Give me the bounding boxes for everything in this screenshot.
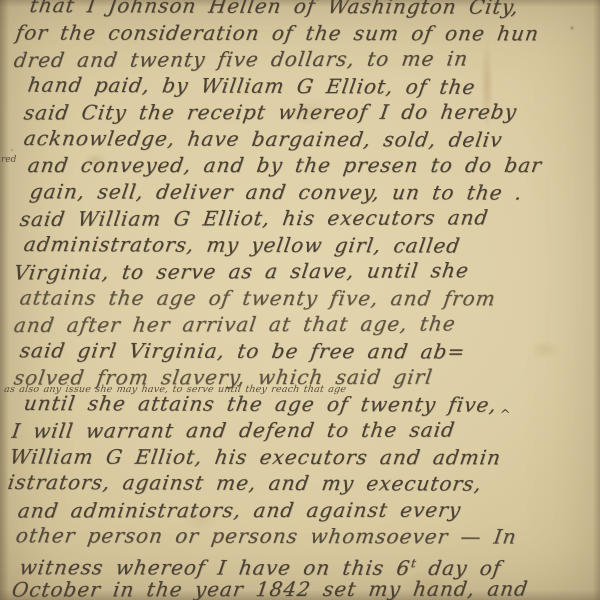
manuscript-line: October in the year 1842 set my hand, an… [0, 575, 600, 600]
line-text: and after her arrival at that age, the [12, 310, 457, 338]
line-text-segment: October in the year 1842 set my hand, an… [10, 577, 529, 600]
line-text-segment: William G Elliot, his executors and admi… [8, 444, 502, 469]
manuscript-line: William G Elliot, his executors and admi… [0, 443, 600, 471]
line-text: until she attains the age of twenty five… [22, 390, 499, 418]
manuscript-line: I will warrant and defend to the said [0, 416, 600, 444]
line-text: hand paid, by William G Elliot, of the [26, 71, 477, 100]
line-text-segment: and conveyed, and by the presen to do ba… [26, 153, 543, 177]
manuscript-line: dred and twenty five dollars, to me in [0, 45, 600, 74]
line-text: said William G Elliot, his executors and [18, 204, 490, 232]
manuscript-line: and administrators, and against every [0, 496, 600, 524]
line-text-segment: administrators, my yellow girl, called [22, 232, 462, 258]
line-text-segment: I will warrant and defend to the said [10, 418, 456, 443]
manuscript-line: istrators, against me, and my executors, [0, 469, 600, 498]
manuscript-line: said girl Virginia, to be free and ab= [0, 337, 600, 365]
line-text-segment: that I Johnson Hellen of Washington City… [28, 0, 520, 19]
line-text-segment: acknowledge, have bargained, sold, deliv [22, 126, 504, 152]
line-text: said girl Virginia, to be free and ab= [18, 337, 467, 365]
line-text: for the consideration of the sum of one … [14, 19, 541, 46]
manuscript-line: said City the receipt whereof I do hereb… [0, 98, 600, 126]
line-text-segment: attains the age of twenty five, and from [18, 285, 497, 310]
line-text: istrators, against me, and my executors, [6, 469, 484, 497]
line-text-segment: gain, sell, deliver and convey, un to th… [28, 179, 524, 204]
line-text-segment: said City the receipt whereof I do hereb… [22, 100, 518, 125]
manuscript-line: witness whereof I have on this 6t day of [0, 549, 600, 577]
line-text: that I Johnson Hellen of Washington City… [28, 0, 521, 20]
line-text: October in the year 1842 set my hand, an… [10, 576, 530, 600]
manuscript-line: and after her arrival at that age, the [0, 310, 600, 339]
manuscript-text-block: that I Johnson Hellen of Washington City… [0, 0, 600, 600]
line-text-segment: dred and twenty five dollars, to me in [12, 46, 469, 72]
line-text-segment: hand paid, by William G Elliot, of the [26, 72, 477, 98]
manuscript-line: said William G Elliot, his executors and [0, 204, 600, 233]
line-text: William G Elliot, his executors and admi… [8, 443, 503, 470]
line-text-segment: said William G Elliot, his executors and [18, 205, 490, 231]
line-text: Virginia, to serve as a slave, until she [12, 257, 471, 286]
manuscript-page: that I Johnson Hellen of Washington City… [0, 0, 600, 600]
margin-note: red [1, 155, 16, 165]
line-text-segment: for the consideration of the sum of one … [14, 20, 540, 45]
manuscript-line: gain, sell, deliver and convey, un to th… [0, 178, 600, 206]
line-text: I will warrant and defend to the said [10, 417, 457, 445]
line-text-segment: said girl Virginia, to be free and ab= [18, 338, 467, 363]
line-text: attains the age of twenty five, and from [18, 284, 498, 311]
line-text: other person or persons whomsoever — In [14, 522, 519, 550]
line-text-segment: and after her arrival at that age, the [12, 311, 457, 337]
line-text: administrators, my yellow girl, called [22, 231, 462, 259]
manuscript-line: other person or persons whomsoever — In [0, 522, 600, 550]
line-text: and conveyed, and by the presen to do ba… [26, 152, 544, 179]
line-text: and administrators, and against every [16, 496, 463, 523]
manuscript-line: for the consideration of the sum of one … [0, 19, 600, 47]
line-text: gain, sell, deliver and convey, un to th… [28, 178, 524, 206]
line-text: acknowledge, have bargained, sold, deliv [22, 125, 504, 153]
manuscript-line: that I Johnson Hellen of Washington City… [0, 0, 600, 21]
manuscript-line: attains the age of twenty five, and from [0, 284, 600, 312]
manuscript-line: redand conveyed, and by the presen to do… [0, 152, 600, 179]
line-text: dred and twenty five dollars, to me in [12, 45, 470, 73]
line-text-segment: other person or persons whomsoever — In [14, 523, 518, 548]
line-text-segment: istrators, against me, and my executors, [6, 470, 483, 496]
line-text-segment: until she attains the age of twenty five… [22, 391, 498, 417]
manuscript-line: acknowledge, have bargained, sold, deliv [0, 124, 600, 153]
manuscript-line: until she attains the age of twenty five… [0, 389, 600, 418]
line-text: said City the receipt whereof I do hereb… [22, 99, 519, 126]
manuscript-line: administrators, my yellow girl, called [0, 230, 600, 259]
line-text-segment: Virginia, to serve as a slave, until she [12, 258, 470, 284]
line-text-segment: and administrators, and against every [16, 497, 462, 522]
manuscript-line: Virginia, to serve as a slave, until she [0, 256, 600, 286]
manuscript-line: hand paid, by William G Elliot, of the [0, 71, 600, 101]
